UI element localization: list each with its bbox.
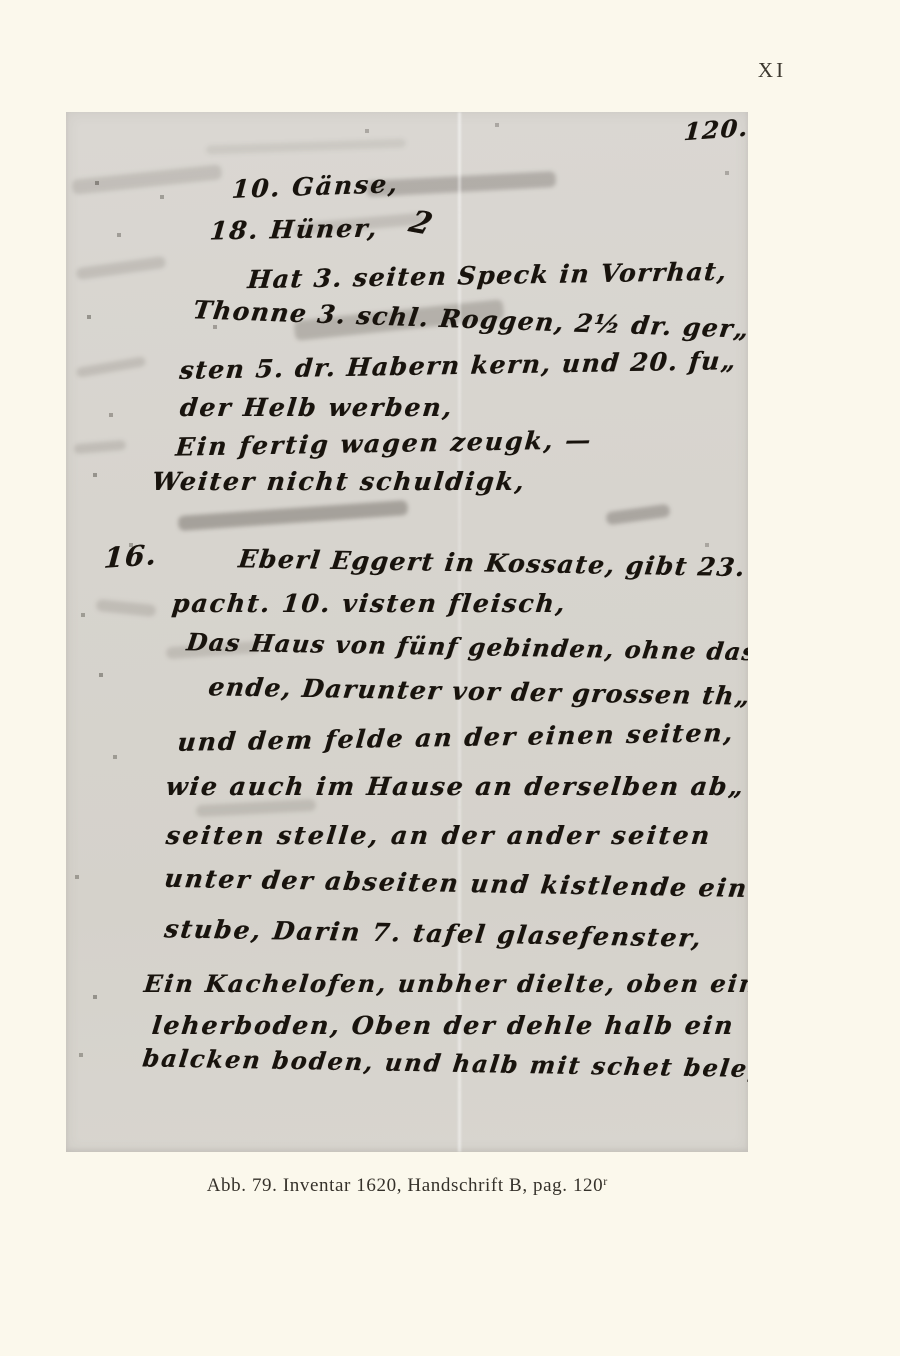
ink-bleed-smudge — [72, 164, 223, 195]
manuscript-line: seiten stelle, an der ander seiten — [164, 821, 713, 850]
manuscript-line: sten 5. dr. Habern kern, und 20. fu„ — [178, 346, 738, 385]
manuscript-line: Eberl Eggert in Kossate, gibt 23. ß. — [237, 544, 748, 583]
ink-bleed-smudge — [76, 256, 167, 280]
ink-bleed-smudge — [605, 504, 670, 526]
manuscript-line: 18. Hüner, — [209, 214, 380, 246]
manuscript-line: balcken boden, und halb mit schet belegt… — [141, 1043, 748, 1083]
manuscript-photo: 120. 16. 2 10. Gänse, 18. Hüner, Hat 3. … — [66, 112, 748, 1152]
manuscript-line: ende, Darunter vor der grossen th„ — [207, 672, 748, 710]
ink-bleed-smudge — [206, 139, 406, 155]
ink-bleed-smudge — [74, 440, 127, 454]
manuscript-flourish: 2 — [404, 204, 438, 242]
manuscript-line: stube, Darin 7. tafel glasefenster, — [163, 914, 704, 952]
ink-bleed-smudge — [96, 599, 157, 617]
manuscript-line: Ein Kachelofen, unbher dielte, oben ein — [142, 969, 748, 998]
manuscript-line: Das Haus von fünf gebinden, ohne das Kis… — [185, 627, 748, 667]
manuscript-line: leherboden, Oben der dehle halb ein — [150, 1011, 735, 1040]
manuscript-line: 10. Gänse, — [231, 169, 400, 204]
page-number: XI — [748, 58, 796, 83]
plate-caption: Abb. 79. Inventar 1620, Handschrift B, p… — [66, 1174, 748, 1197]
manuscript-line: unter der abseiten und kistlende eine — [163, 864, 748, 904]
ink-bleed-smudge — [178, 500, 408, 531]
ink-bleed-smudge — [196, 799, 316, 817]
ink-specks — [66, 112, 68, 114]
manuscript-margin-number: 16. — [103, 538, 159, 575]
manuscript-line: Hat 3. seiten Speck in Vorrhat, — [246, 257, 728, 294]
manuscript-line: wie auch im Hause an derselben ab„ — [164, 772, 746, 801]
manuscript-folio-number: 120. — [683, 113, 748, 146]
ink-bleed-smudge — [76, 356, 147, 378]
manuscript-line: Weiter nicht schuldigk, — [150, 467, 527, 496]
manuscript-line: pacht. 10. visten fleisch, — [170, 589, 568, 618]
manuscript-line: und dem felde an der einen seiten, — [176, 718, 735, 757]
plate-caption-superscript: r — [603, 1174, 607, 1188]
plate-caption-text: Abb. 79. Inventar 1620, Handschrift B, p… — [207, 1175, 604, 1196]
manuscript-line: der Helb werben, — [178, 393, 454, 422]
manuscript-line: Ein fertig wagen zeugk, — — [174, 425, 593, 461]
book-page: XI 120. 16. 2 10. Gänse, 18. Hüner, Hat … — [0, 0, 900, 1356]
